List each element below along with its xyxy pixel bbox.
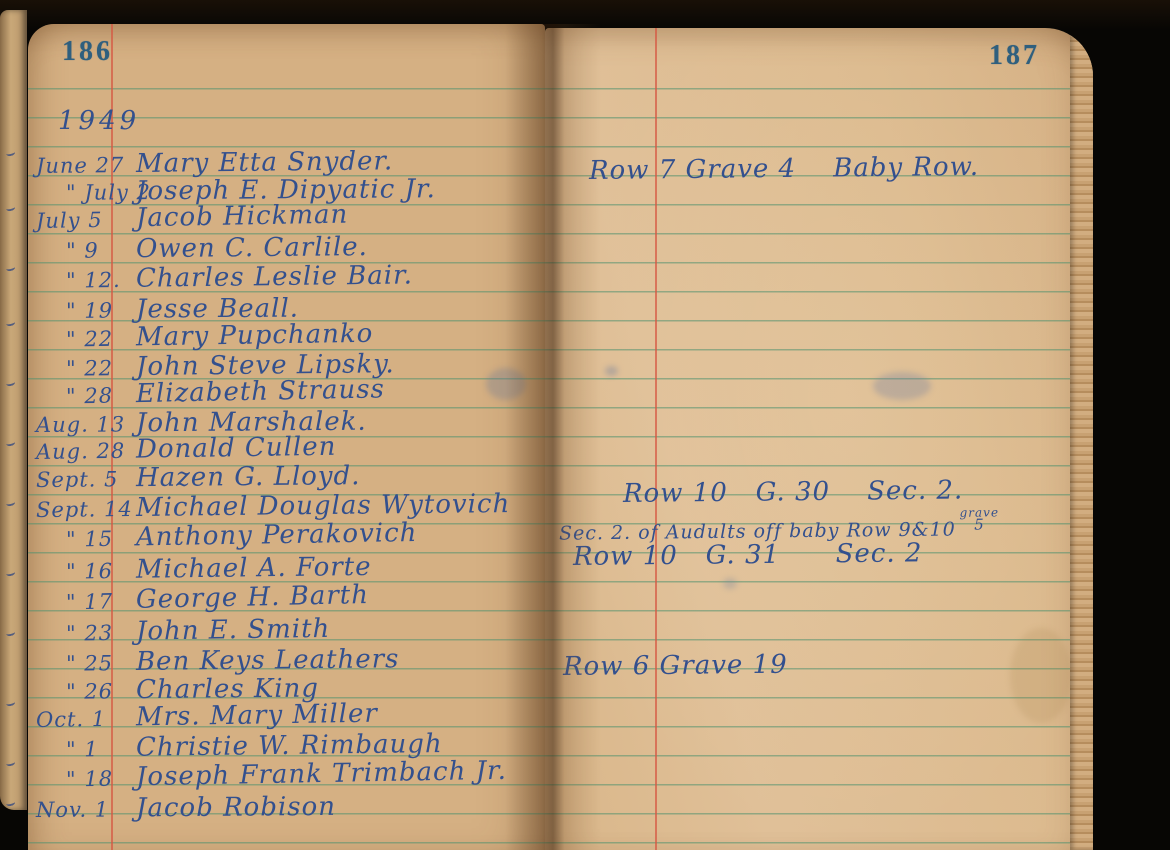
entry-date: " 25: [36, 651, 136, 676]
entry-date: Sept. 14: [36, 497, 136, 522]
entry-date: " 18: [36, 766, 136, 792]
entry-date: " 26: [36, 679, 136, 704]
entry-date: " 23: [36, 621, 136, 646]
entry-name: Donald Cullen: [136, 432, 337, 465]
ruled-lines-right: [545, 88, 1093, 850]
entry-name: Michael Douglas Wytovich: [136, 489, 511, 523]
entry-date: " 9: [36, 238, 136, 263]
entry-date: " 12.: [36, 268, 136, 293]
entry-date: " 16: [36, 559, 136, 584]
stray-ink-mark: [5, 439, 15, 447]
entry-row: " 15Anthony Perakovich: [36, 518, 418, 554]
ledger-book-spread: 186 1949 June 27Mary Etta Snyder." July …: [0, 0, 1170, 850]
entry-name: Ben Keys Leathers: [136, 644, 400, 677]
ink-dot: [723, 578, 737, 589]
entry-name: Hazen G. Lloyd.: [136, 461, 361, 493]
stray-ink-mark: [5, 629, 15, 637]
entry-row: Sept. 5Hazen G. Lloyd.: [36, 461, 361, 494]
entry-date: Aug. 13: [36, 412, 136, 437]
entry-row: Oct. 1Mrs. Mary Miller: [36, 699, 378, 734]
entry-date: " July 2: [36, 180, 136, 205]
entry-row: Sept. 14Michael Douglas Wytovich: [36, 489, 511, 524]
entry-row: July 5Jacob Hickman: [36, 200, 349, 235]
page-number-right: 187: [989, 40, 1040, 72]
ledger-page-left: 186 1949 June 27Mary Etta Snyder." July …: [28, 24, 545, 850]
entry-row: " 23John E. Smith: [36, 614, 331, 648]
entry-date: Oct. 1: [36, 706, 136, 732]
entry-name: George H. Barth: [136, 580, 370, 615]
paper-stain: [1010, 628, 1072, 723]
entry-date: Nov. 1: [36, 797, 136, 822]
stray-ink-mark: [5, 499, 15, 507]
margin-line-right: [655, 28, 657, 850]
stray-ink-mark: [5, 759, 15, 767]
entry-date: " 22: [36, 356, 136, 381]
ink-smudge: [486, 368, 526, 400]
entry-name: Jacob Hickman: [136, 200, 349, 234]
entry-name: Mrs. Mary Miller: [136, 699, 378, 733]
entry-date: " 19: [36, 298, 136, 323]
entry-date: July 5: [36, 207, 136, 233]
location-note: Row 7 Grave 4 Baby Row.: [589, 152, 979, 186]
entry-date: " 1: [36, 737, 136, 762]
stray-ink-mark: [5, 204, 15, 212]
entry-name: Charles Leslie Bair.: [136, 260, 413, 293]
entry-date: Aug. 28: [36, 439, 136, 464]
entry-date: Sept. 5: [36, 467, 136, 492]
entry-date: June 27: [36, 153, 136, 178]
entry-date: " 22: [36, 326, 136, 352]
previous-page-edge: [0, 10, 27, 810]
entry-name: Anthony Perakovich: [136, 518, 418, 552]
entry-row: " 9Owen C. Carlile.: [36, 232, 368, 265]
entry-name: Owen C. Carlile.: [136, 232, 368, 264]
stray-ink-mark: [5, 264, 15, 272]
entry-name: Elizabeth Strauss: [136, 374, 385, 409]
entry-row: " 25Ben Keys Leathers: [36, 644, 400, 678]
page-fore-edge: [1070, 28, 1093, 850]
entry-date: " 17: [36, 589, 136, 615]
ink-dot: [605, 366, 618, 376]
entry-name: John E. Smith: [136, 614, 331, 647]
entry-name: Mary Pupchanko: [136, 319, 374, 353]
location-note: Row 10 G. 30 Sec. 2.: [623, 475, 964, 509]
location-note: Row 6 Grave 19: [563, 650, 788, 682]
stray-ink-mark: [5, 379, 15, 387]
year-heading: 1949: [58, 106, 140, 136]
stray-ink-mark: [5, 149, 15, 157]
entry-row: " 12.Charles Leslie Bair.: [36, 260, 413, 295]
page-number-left: 186: [62, 36, 113, 68]
stray-ink-mark: [5, 799, 15, 807]
ink-smudge: [873, 372, 931, 400]
stray-ink-mark: [5, 569, 15, 577]
grave-superscript: grave5: [960, 508, 1000, 530]
entry-row: " 22Mary Pupchanko: [36, 319, 374, 354]
stray-ink-mark: [5, 319, 15, 327]
entry-name: Jacob Robison: [136, 792, 336, 823]
entry-date: " 15: [36, 526, 136, 552]
ledger-page-right: 187 Row 7 Grave 4 Baby Row.Row 10 G. 30 …: [545, 28, 1093, 850]
location-note: Row 10 G. 31 Sec. 2: [573, 538, 923, 572]
stray-ink-mark: [5, 699, 15, 707]
entry-row: Nov. 1Jacob Robison: [36, 792, 336, 824]
entry-date: " 28: [36, 383, 136, 409]
